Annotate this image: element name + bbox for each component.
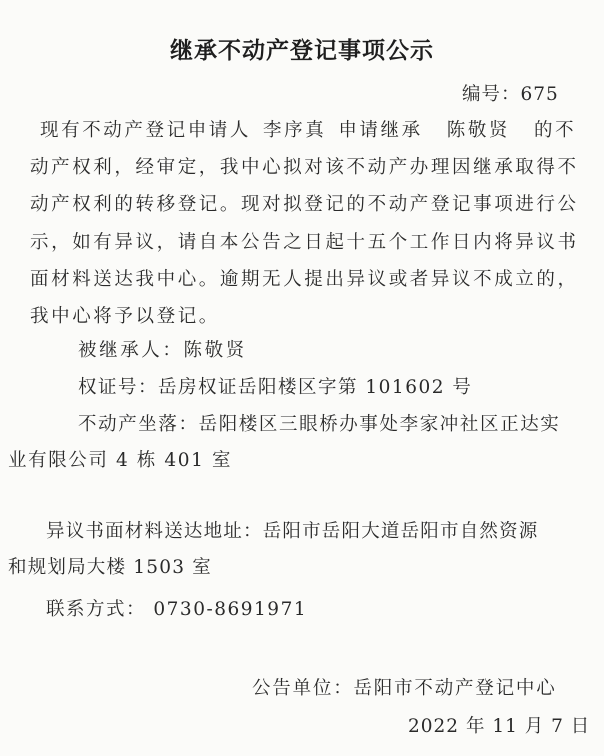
- objection-address-line-1: 异议书面材料送达地址：岳阳市岳阳大道岳阳市自然资源: [46, 517, 539, 543]
- body-line-3: 动产权利的转移登记。现对拟登记的不动产登记事项进行公: [30, 190, 579, 216]
- location-line-1: 不动产坐落：岳阳楼区三眼桥办事处李家冲社区正达实: [78, 410, 560, 436]
- location-line-2: 业有限公司 4 栋 401 室: [8, 446, 232, 472]
- document-number: 编号：675: [462, 80, 559, 106]
- body-line-1: 现有不动产登记申请人李序真申请继承陈敬贤的不: [40, 116, 576, 142]
- body-line-1-mid: 申请继承: [338, 120, 422, 141]
- decedent-name: 陈敬贤: [447, 120, 510, 141]
- body-line-5: 面材料送达我中心。逾期无人提出异议或者异议不成立的，: [30, 265, 579, 291]
- document-title: 继承不动产登记事项公示: [0, 32, 604, 65]
- issuer-line: 公告单位：岳阳市不动产登记中心: [252, 674, 557, 700]
- certificate-line: 权证号：岳房权证岳阳楼区字第 101602 号: [78, 373, 472, 399]
- body-line-1-prefix: 现有不动产登记申请人: [40, 120, 251, 141]
- issue-date: 2022 年 11 月 7 日: [408, 712, 590, 738]
- body-line-4: 示，如有异议，请自本公告之日起十五个工作日内将异议书: [30, 228, 579, 254]
- decedent-line: 被继承人：陈敬贤: [78, 336, 247, 362]
- body-line-1-suffix: 的不: [534, 120, 576, 141]
- objection-address-line-2: 和规划局大楼 1503 室: [8, 553, 212, 579]
- applicant-name: 李序真: [263, 120, 326, 141]
- body-line-2: 动产权利，经审定，我中心拟对该不动产办理因继承取得不: [30, 153, 579, 179]
- body-line-6: 我中心将予以登记。: [30, 302, 220, 328]
- contact-line: 联系方式： 0730-8691971: [46, 595, 307, 621]
